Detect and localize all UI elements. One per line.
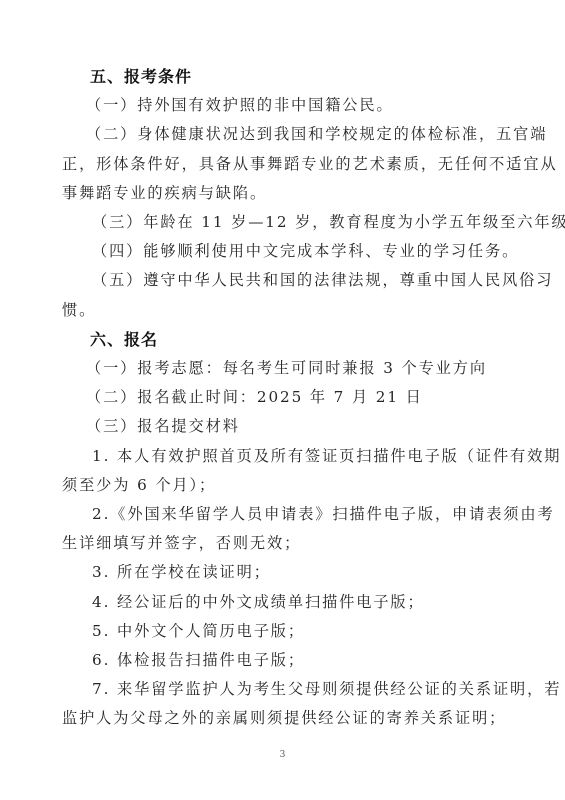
paragraph-line: （三）报名提交材料 bbox=[62, 412, 502, 441]
paragraph-line: （三）年龄在 11 岁—12 岁，教育程度为小学五年级至六年级。 bbox=[62, 208, 502, 237]
paragraph-line: （二）身体健康状况达到我国和学校规定的体检标准，五官端 bbox=[62, 120, 502, 149]
section-heading-requirements: 五、报考条件 bbox=[62, 62, 502, 91]
paragraph-line: （五）遵守中华人民共和国的法律法规，尊重中国人民风俗习 bbox=[62, 266, 502, 295]
paragraph-line: 正，形体条件好，具备从事舞蹈专业的艺术素质，无任何不适宜从 bbox=[62, 150, 502, 179]
list-item-line: 4. 经公证后的中外文成绩单扫描件电子版； bbox=[62, 588, 502, 617]
paragraph-line: （一）报考志愿：每名考生可同时兼报 3 个专业方向 bbox=[62, 354, 502, 383]
list-item-line: 2.《外国来华留学人员申请表》扫描件电子版，申请表须由考 bbox=[62, 500, 502, 529]
list-item-line: 6. 体检报告扫描件电子版； bbox=[62, 646, 502, 675]
document-page: 五、报考条件 （一）持外国有效护照的非中国籍公民。 （二）身体健康状况达到我国和… bbox=[62, 62, 502, 734]
list-item-line: 3. 所在学校在读证明； bbox=[62, 558, 502, 587]
paragraph-line: 惯。 bbox=[62, 296, 502, 325]
list-item-line: 须至少为 6 个月）； bbox=[62, 471, 502, 500]
paragraph-line: （二）报名截止时间：2025 年 7 月 21 日 bbox=[62, 383, 502, 412]
list-item-line: 1. 本人有效护照首页及所有签证页扫描件电子版（证件有效期 bbox=[62, 442, 502, 471]
list-item-line: 监护人为父母之外的亲属则须提供经公证的寄养关系证明； bbox=[62, 704, 502, 733]
list-item-line: 5. 中外文个人简历电子版； bbox=[62, 617, 502, 646]
list-item-line: 生详细填写并签字，否则无效； bbox=[62, 529, 502, 558]
page-number: 3 bbox=[0, 750, 565, 760]
paragraph-line: （四）能够顺利使用中文完成本学科、专业的学习任务。 bbox=[62, 237, 502, 266]
list-item-line: 7. 来华留学监护人为考生父母则须提供经公证的关系证明，若 bbox=[62, 675, 502, 704]
paragraph-line: （一）持外国有效护照的非中国籍公民。 bbox=[62, 91, 502, 120]
section-heading-registration: 六、报名 bbox=[62, 325, 502, 354]
paragraph-line: 事舞蹈专业的疾病与缺陷。 bbox=[62, 179, 502, 208]
